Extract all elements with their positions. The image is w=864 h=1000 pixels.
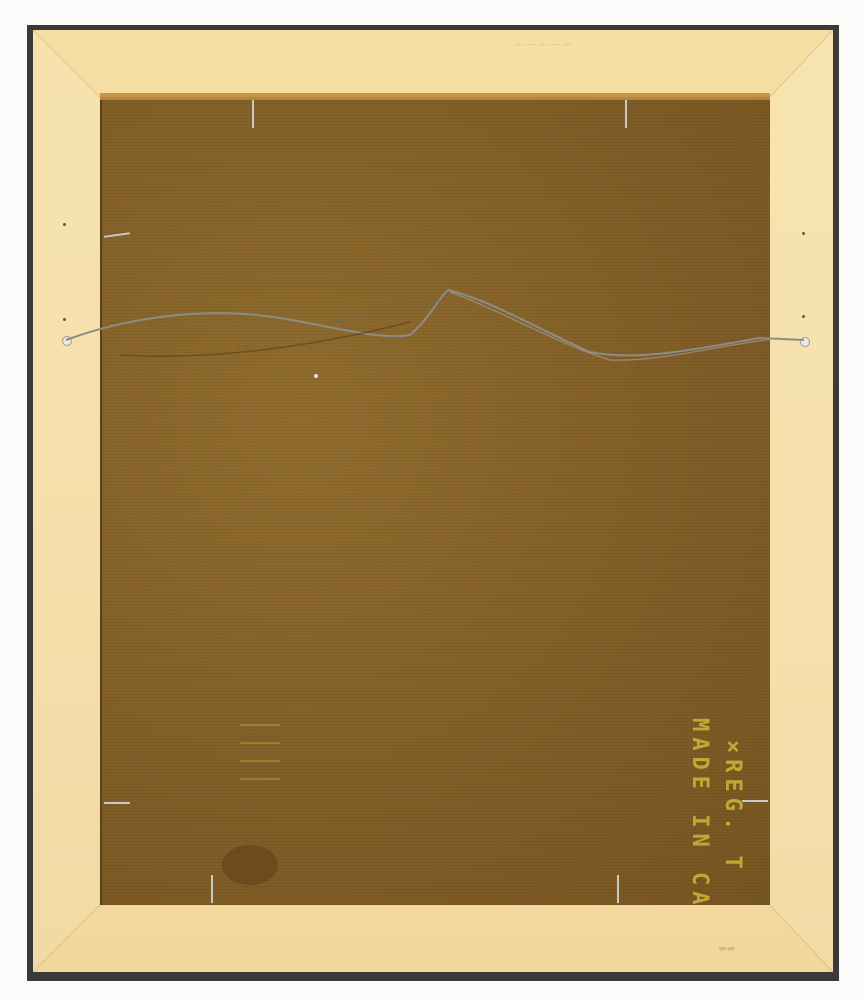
hanging-wire [0, 0, 864, 1000]
